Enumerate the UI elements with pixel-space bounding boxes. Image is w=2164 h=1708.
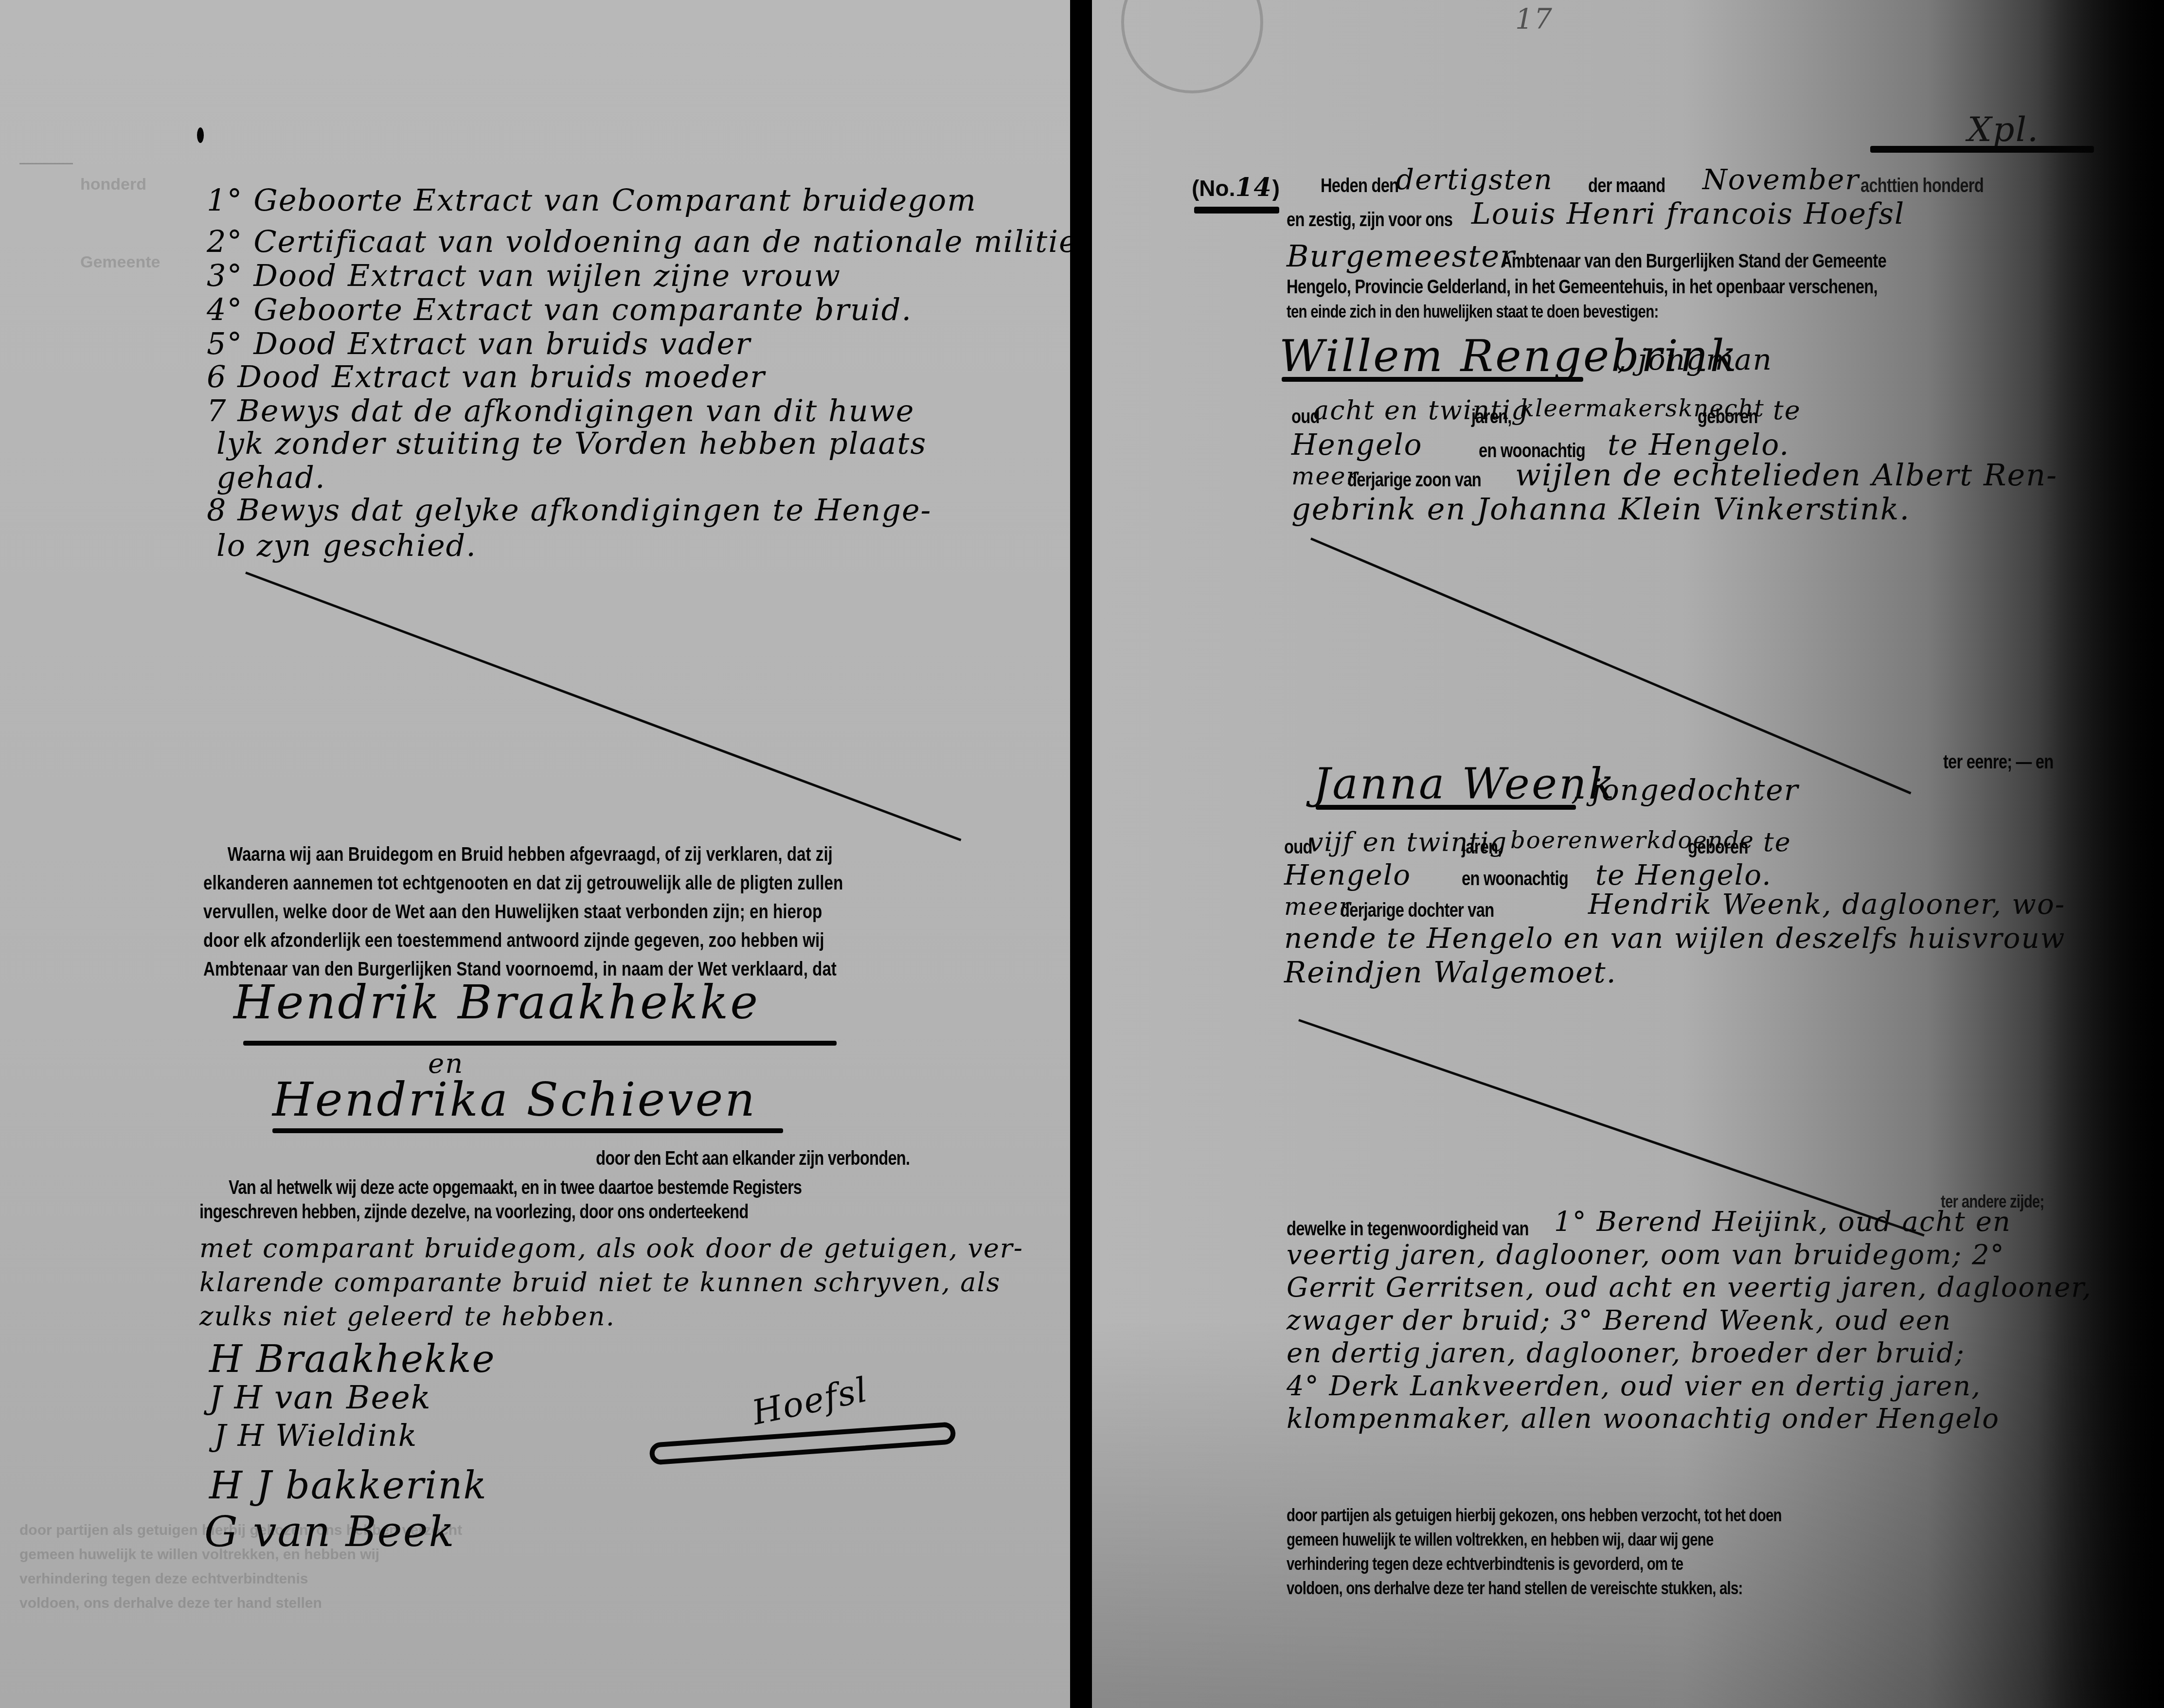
groom-name: Hendrik Braakhekke [233, 975, 760, 1030]
attachment-item: 8 Bewys dat gelyke afkondigingen te Heng… [207, 492, 932, 528]
official-signature: Hoefsl [749, 1370, 872, 1433]
cancellation-line [1310, 537, 1911, 794]
bride-father: Hendrik Weenk, daglooner, wo- [1588, 888, 2065, 921]
embossed-seal [1121, 0, 1263, 93]
attachment-item: 5° Dood Extract van bruids vader [207, 326, 751, 361]
witness-line: veertig jaren, daglooner, oom van bruide… [1287, 1239, 2005, 1271]
closing-print-line: door partijen als getuigen hierbij gekoz… [1287, 1505, 1782, 1526]
witness-line: Gerrit Gerritsen, oud acht en veertig ja… [1287, 1272, 2092, 1303]
year-prefix: achttien honderd [1860, 175, 1984, 197]
attachment-item: gehad. [216, 460, 326, 495]
geboren-label: geboren [1698, 406, 1758, 428]
handwritten-closing: klarende comparante bruid niet te kunnen… [199, 1267, 1001, 1298]
heden-label: Heden den [1321, 175, 1398, 197]
te-label: te [1773, 395, 1801, 426]
witnesses-label: dewelke in tegenwoordigheid van [1287, 1218, 1529, 1240]
jaren-label: jaren, [1462, 836, 1502, 858]
witness-line: klompenmaker, allen woonachtig onder Hen… [1287, 1403, 2000, 1435]
bleed-through-text: voldoen, ons derhalve deze ter hand stel… [19, 1595, 322, 1612]
edge-shadow [2038, 0, 2164, 1708]
purpose-line: ten einde zich in den huwelijken staat t… [1287, 302, 1658, 322]
bride-parents: nende te Hengelo en van wijlen deszelfs … [1284, 922, 2065, 955]
attachment-item: 2° Certificaat van voldoening aan de nat… [207, 224, 1070, 259]
maand-label: der maand [1588, 175, 1665, 197]
attachment-item: 3° Dood Extract van wijlen zijne vrouw [207, 258, 841, 293]
closing-print-line: voldoen, ons derhalve deze ter hand stel… [1287, 1578, 1743, 1599]
folio-mark: 17 [1515, 2, 1553, 36]
handwritten-closing: met comparant bruidegom, als ook door de… [199, 1233, 1023, 1263]
signature: H J bakkerink [209, 1464, 487, 1508]
signature-flourish [649, 1422, 956, 1465]
parents-label: derjarige zoon van [1347, 469, 1481, 491]
bleed-through-text: Gemeente [80, 253, 160, 272]
woonachtig-label: en woonachtig [1462, 868, 1568, 890]
jaren-label: jaren, [1471, 406, 1512, 428]
signature: J H Wieldink [214, 1418, 417, 1453]
groom-parents: gebrink en Johanna Klein Vinkerstink. [1291, 491, 1910, 527]
parents-label: derjarige dochter van [1340, 900, 1494, 922]
closing-print-line: gemeen huwelijk te willen voltrekken, en… [1287, 1530, 1714, 1550]
bride-residence: te Hengelo. [1595, 858, 1772, 891]
declaration-line: door elk afzonderlijk een toestemmend an… [203, 926, 934, 955]
name-underline [272, 1128, 783, 1133]
oud-label: oud [1284, 836, 1312, 858]
record-suffix: ) [1272, 176, 1280, 201]
signature: H Braakhekke [209, 1337, 496, 1381]
witness-line: en dertig jaren, daglooner, broeder der … [1287, 1337, 1965, 1369]
cancellation-line [245, 571, 961, 841]
day-value: dertigsten [1396, 163, 1553, 196]
signature: J H van Beek [209, 1379, 431, 1416]
attachment-item: 1° Geboorte Extract van Comparant bruide… [207, 182, 977, 218]
bride-name: Hendrika Schieven [272, 1072, 757, 1127]
bleed-through-text: honderd [80, 175, 146, 194]
attachment-item: 4° Geboorte Extract van comparante bruid… [207, 292, 912, 327]
attachment-item: lyk zonder stuiting te Vorden hebben pla… [216, 426, 927, 461]
record-number: (No.14) [1192, 173, 1280, 202]
groom-status: , jongman [1617, 343, 1772, 377]
te-label: te [1763, 827, 1791, 857]
declaration-line: Waarna wij aan Bruidegom en Bruid hebben… [203, 840, 934, 869]
right-page: 17 Xpl. (No.14) Heden den dertigsten der… [1092, 0, 2164, 1708]
united-statement: door den Echt aan elkander zijn verbonde… [596, 1148, 910, 1170]
attachment-item: lo zyn geschied. [216, 528, 477, 563]
faint-rule [19, 163, 73, 164]
groom-parents: wijlen de echtelieden Albert Ren- [1515, 457, 2057, 493]
left-page: honderd Gemeente door partijen als getui… [0, 0, 1070, 1708]
closing-line: Van al hetwelk wij deze acte opgemaakt, … [229, 1177, 802, 1199]
witness-line: 1° Berend Heijink, oud acht en [1554, 1206, 2011, 1238]
page-gutter [1070, 0, 1092, 1708]
name-underline [243, 1041, 837, 1046]
official-name: Louis Henri francois Hoefsl [1471, 197, 1905, 231]
cancellation-line [1298, 1019, 1925, 1237]
attachment-item: 7 Bewys dat de afkondigingen van dit huw… [207, 393, 915, 428]
official-role: Ambtenaar van den Burgerlijken Stand der… [1501, 250, 1886, 272]
month-value: November [1702, 163, 1860, 196]
groom-birthplace: Hengelo [1291, 428, 1423, 462]
bride-status: , jongedochter [1571, 773, 1799, 807]
place-line: Hengelo, Provincie Gelderland, in het Ge… [1287, 276, 1878, 298]
closing-line: ingeschreven hebben, zijnde dezelve, na … [199, 1201, 748, 1223]
witness-line: 4° Derk Lankveerden, oud vier en dertig … [1287, 1370, 1981, 1402]
closing-print-line: verhindering tegen deze echtverbindtenis… [1287, 1554, 1683, 1574]
year-line: en zestig, zijn voor ons [1287, 209, 1452, 231]
declaration-paragraph: Waarna wij aan Bruidegom en Bruid hebben… [203, 840, 1070, 984]
corner-mark: Xpl. [1967, 109, 2039, 149]
bride-birthplace: Hengelo [1284, 858, 1411, 891]
bleed-through-text: verhindering tegen deze echtverbindtenis [19, 1571, 308, 1587]
attachment-item: 6 Dood Extract van bruids moeder [207, 359, 766, 394]
handwritten-closing: zulks niet geleerd te hebben. [199, 1301, 615, 1332]
witness-line: zwager der bruid; 3° Berend Weenk, oud e… [1287, 1305, 1951, 1336]
bride-underline [1316, 805, 1576, 810]
bride-mother: Reindjen Walgemoet. [1284, 956, 1617, 990]
declaration-line: elkanderen aannemen tot echtgenooten en … [203, 869, 934, 898]
ink-blot [197, 127, 204, 143]
record-prefix: (No. [1192, 176, 1235, 201]
geboren-label: geboren [1688, 836, 1748, 858]
record-underline [1194, 207, 1279, 213]
record-value: 14 [1235, 173, 1272, 202]
groom-underline [1282, 377, 1583, 382]
first-party-suffix: ter eenre; — en [1943, 751, 2053, 773]
official-title: Burgemeester [1287, 238, 1516, 274]
declaration-line: vervullen, welke door de Wet aan den Huw… [203, 898, 934, 926]
signature: G van Beek [204, 1508, 455, 1556]
